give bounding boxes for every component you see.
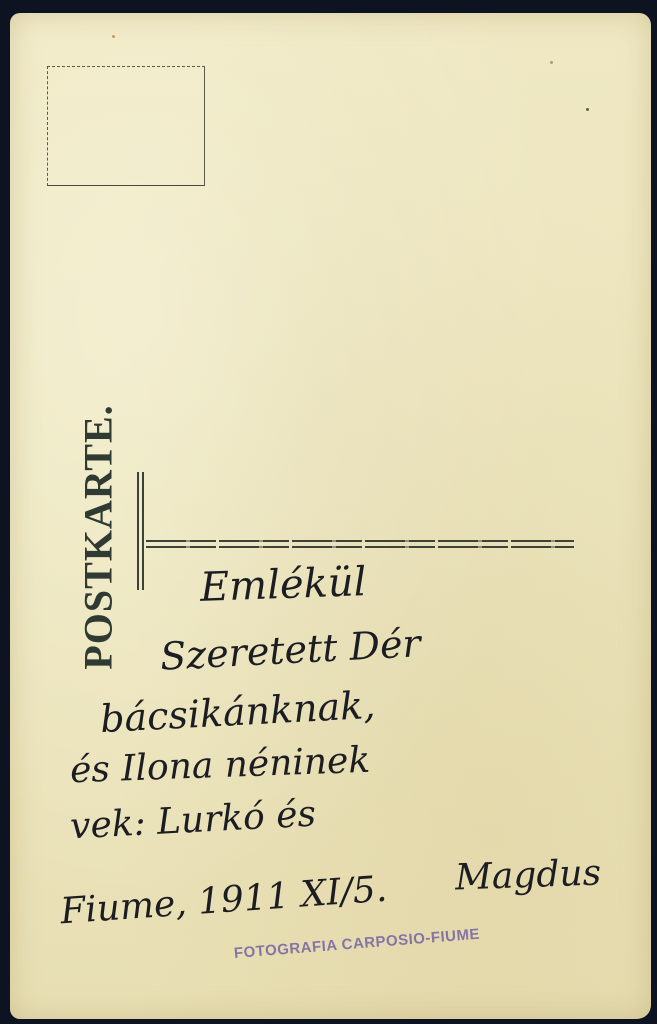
stain-speck bbox=[586, 108, 589, 111]
postkarte-header: POSTKARTE. bbox=[75, 404, 122, 669]
divider-horizontal-line bbox=[146, 540, 574, 542]
stamp-placement-box bbox=[47, 66, 205, 186]
stain-speck bbox=[112, 35, 115, 38]
divider-vertical-line bbox=[142, 472, 144, 590]
divider-vertical-line bbox=[137, 472, 139, 590]
handwritten-line: Emlékül bbox=[199, 559, 367, 611]
stain-speck bbox=[550, 61, 553, 64]
handwritten-line: Magdus bbox=[454, 852, 601, 898]
divider-horizontal-line bbox=[146, 546, 574, 548]
